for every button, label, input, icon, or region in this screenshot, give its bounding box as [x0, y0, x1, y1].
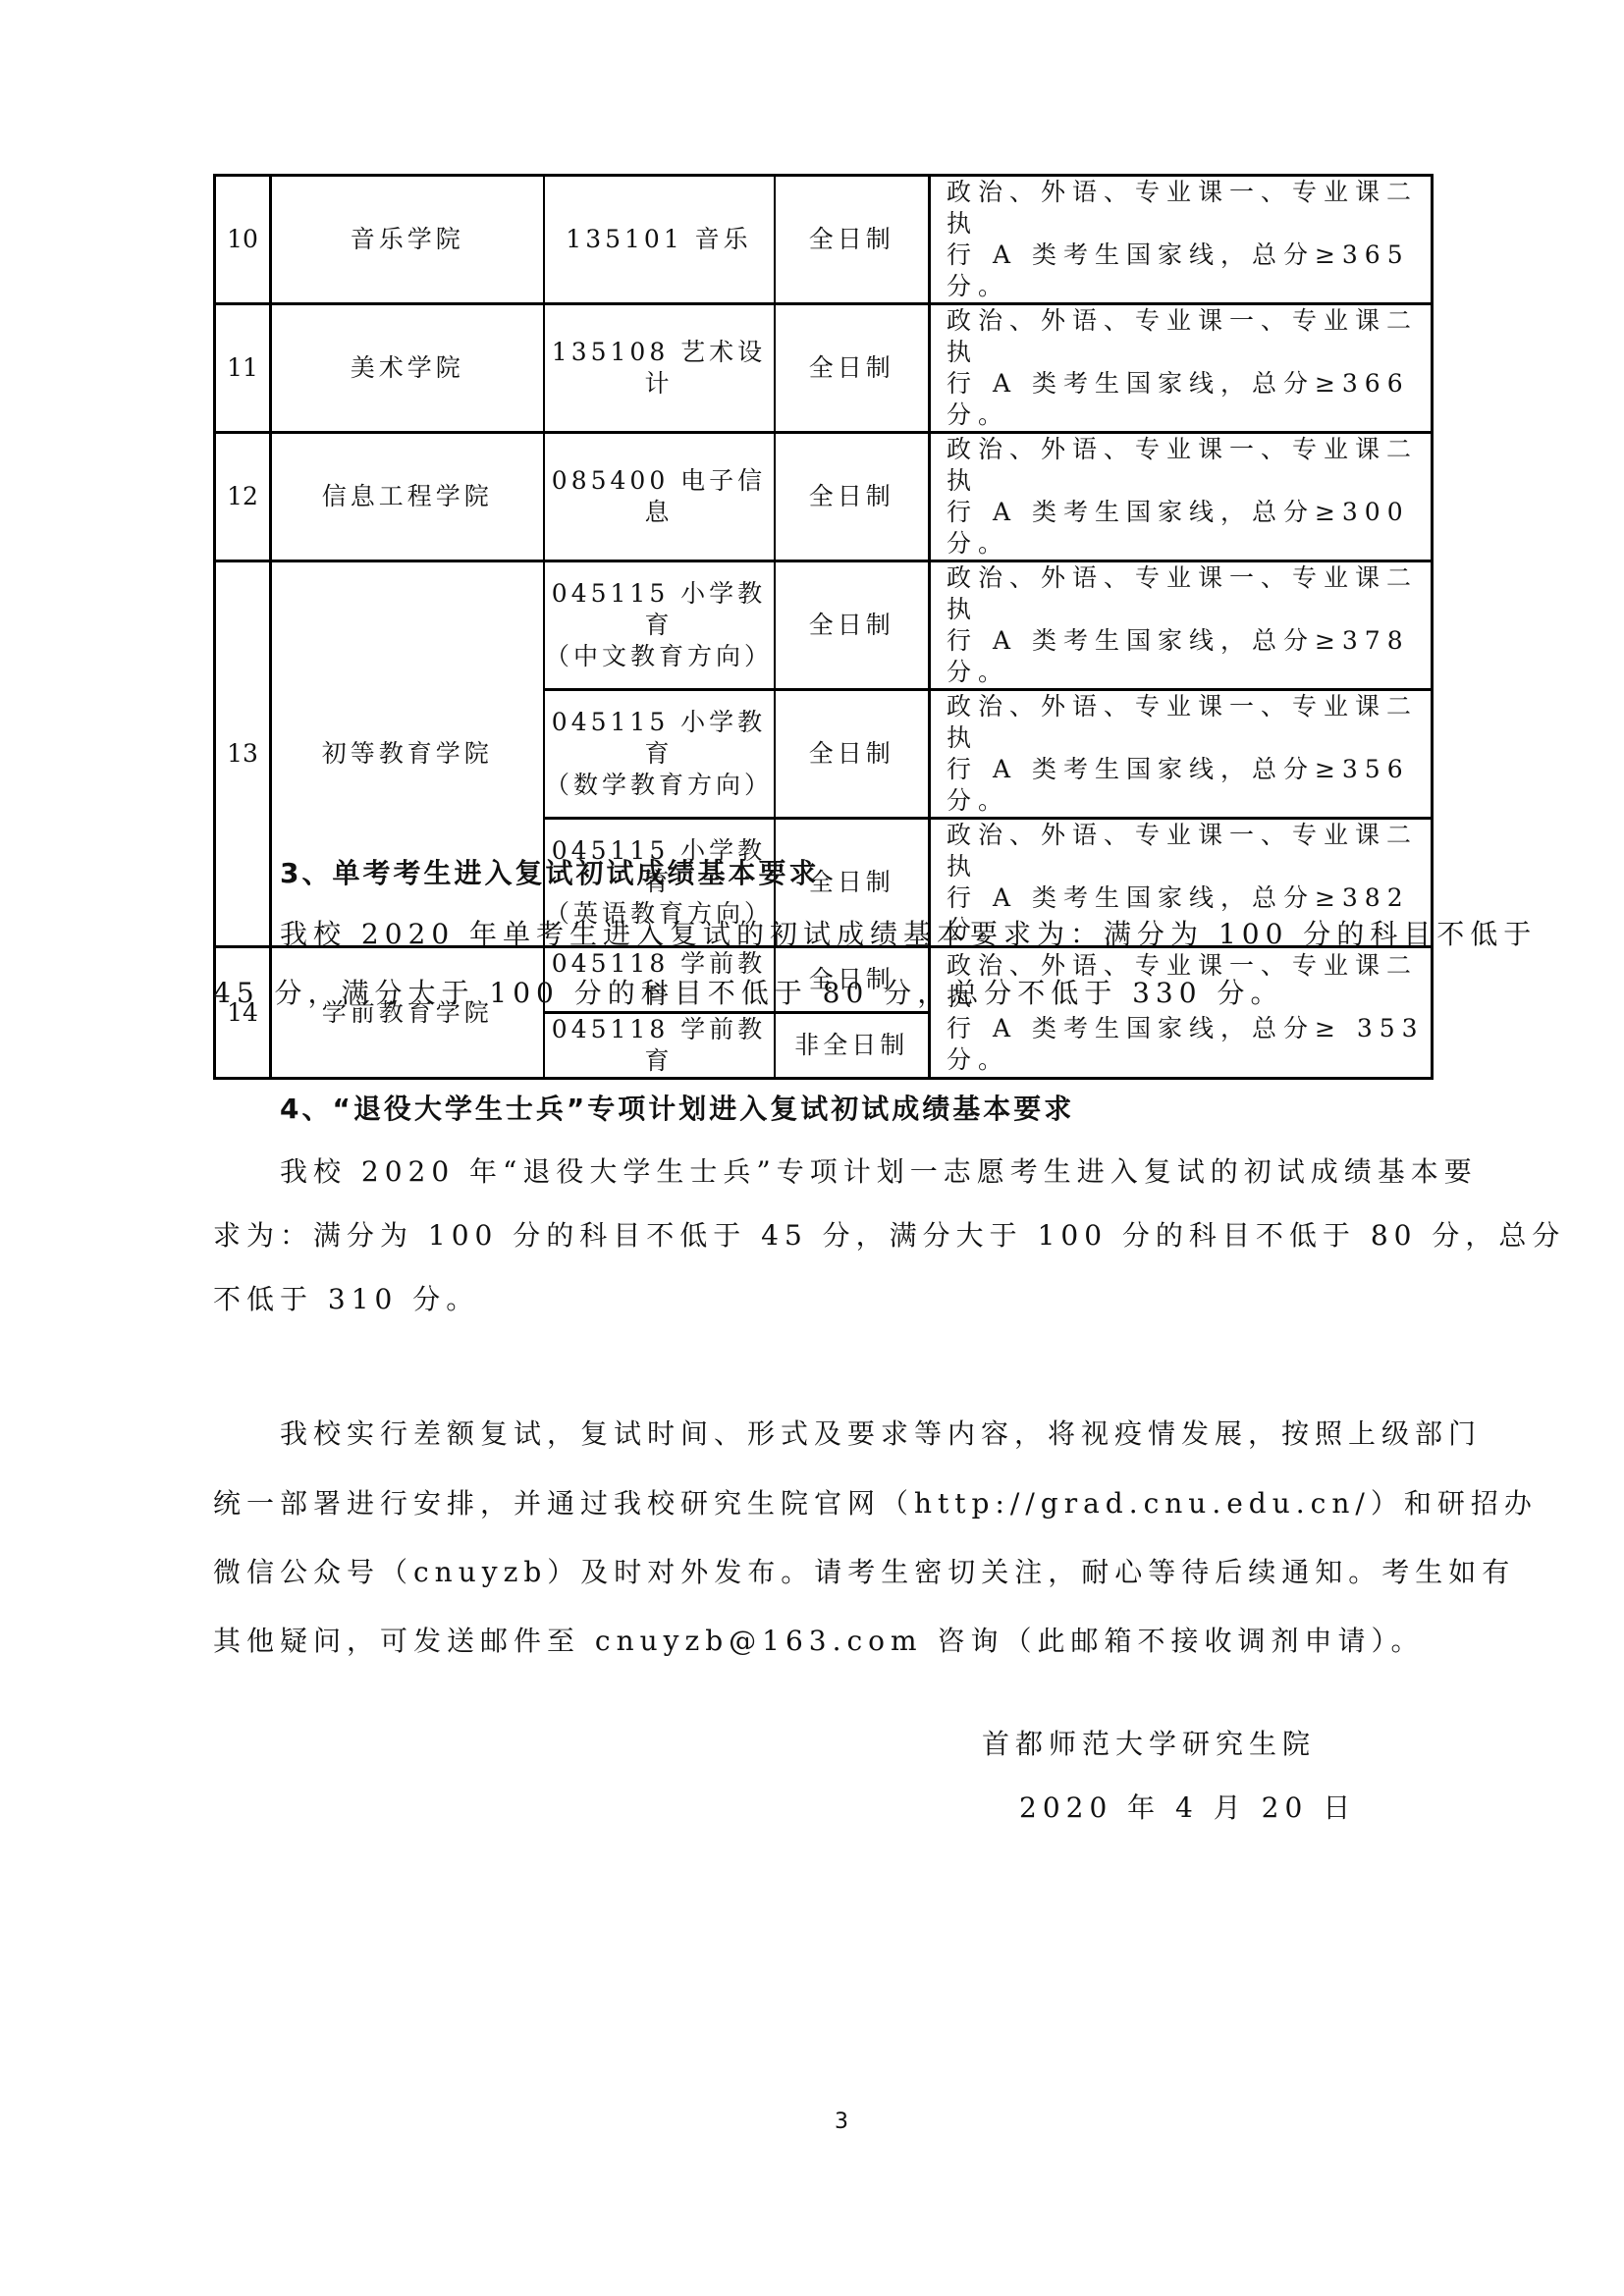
requirement-line: 行 A 类考生国家线，总分≥366 分。 — [947, 368, 1431, 431]
table-row: 13 初等教育学院 045115 小学教育（中文教育方向） 全日制 政治、外语、… — [215, 561, 1433, 690]
requirement-line: 政治、外语、专业课一、专业课二执 — [947, 177, 1431, 240]
signature-date: 2020 年 4 月 20 日 — [1019, 1787, 1356, 1826]
table-row: 12 信息工程学院 085400 电子信息 全日制 政治、外语、专业课一、专业课… — [215, 433, 1433, 561]
requirement-line: 政治、外语、专业课一、专业课二执 — [947, 305, 1431, 368]
major-code: 045115 小学教育 — [545, 707, 774, 770]
requirement-line: 政治、外语、专业课一、专业课二执 — [947, 820, 1431, 882]
major-name: 085400 电子信息 — [544, 433, 775, 561]
section-4-line: 求为：满分为 100 分的科目不低于 45 分，满分大于 100 分的科目不低于… — [213, 1214, 1565, 1254]
section-4-line: 不低于 310 分。 — [213, 1278, 479, 1317]
notice-line: 我校实行差额复试，复试时间、形式及要求等内容，将视疫情发展，按照上级部门 — [280, 1413, 1482, 1452]
score-requirement: 政治、外语、专业课一、专业课二执行 A 类考生国家线，总分≥366 分。 — [930, 304, 1433, 433]
requirement-line: 行 A 类考生国家线，总分≥365 分。 — [947, 240, 1431, 302]
major-name: 045118 学前教育 — [544, 1013, 775, 1079]
row-number: 12 — [215, 433, 271, 561]
table-row: 10 音乐学院 135101 音乐 全日制 政治、外语、专业课一、专业课二执行 … — [215, 176, 1433, 304]
study-mode: 非全日制 — [775, 1013, 930, 1079]
requirement-line: 行 A 类考生国家线，总分≥356 分。 — [947, 754, 1431, 817]
major-name: 135108 艺术设计 — [544, 304, 775, 433]
requirement-line: 行 A 类考生国家线，总分≥378 分。 — [947, 625, 1431, 688]
major-direction: （中文教育方向） — [545, 641, 774, 672]
study-mode: 全日制 — [775, 433, 930, 561]
major-name: 045115 小学教育（数学教育方向） — [544, 690, 775, 819]
study-mode: 全日制 — [775, 176, 930, 304]
notice-line: 统一部署进行安排，并通过我校研究生院官网（http://grad.cnu.edu… — [213, 1482, 1538, 1522]
college-name: 美术学院 — [271, 304, 544, 433]
section-4-heading: 4、“退役大学生士兵”专项计划进入复试初试成绩基本要求 — [280, 1088, 1074, 1127]
study-mode: 全日制 — [775, 561, 930, 690]
row-number: 11 — [215, 304, 271, 433]
section-3-line: 我校 2020 年单考生进入复试的初试成绩基本要求为：满分为 100 分的科目不… — [280, 913, 1537, 952]
section-4-line: 我校 2020 年“退役大学生士兵”专项计划一志愿考生进入复试的初试成绩基本要 — [280, 1150, 1478, 1190]
row-number: 10 — [215, 176, 271, 304]
section-3-line: 45 分，满分大于 100 分的科目不低于 80 分，总分不低于 330 分。 — [213, 972, 1283, 1011]
requirement-line: 行 A 类考生国家线，总分≥ 353 分。 — [947, 1013, 1431, 1076]
major-direction: （数学教育方向） — [545, 770, 774, 801]
major-code: 045115 小学教育 — [545, 578, 774, 641]
study-mode: 全日制 — [775, 304, 930, 433]
major-name: 135101 音乐 — [544, 176, 775, 304]
requirement-line: 政治、外语、专业课一、专业课二执 — [947, 691, 1431, 754]
score-requirement: 政治、外语、专业课一、专业课二执行 A 类考生国家线，总分≥300 分。 — [930, 433, 1433, 561]
page-number: 3 — [835, 2109, 848, 2134]
college-name: 信息工程学院 — [271, 433, 544, 561]
requirement-line: 政治、外语、专业课一、专业课二执 — [947, 562, 1431, 625]
signature-org: 首都师范大学研究生院 — [982, 1723, 1316, 1762]
major-name: 045115 小学教育（中文教育方向） — [544, 561, 775, 690]
college-name: 音乐学院 — [271, 176, 544, 304]
requirement-line: 行 A 类考生国家线，总分≥300 分。 — [947, 497, 1431, 560]
score-requirement: 政治、外语、专业课一、专业课二执行 A 类考生国家线，总分≥378 分。 — [930, 561, 1433, 690]
requirement-line: 政治、外语、专业课一、专业课二执 — [947, 434, 1431, 497]
notice-line: 其他疑问，可发送邮件至 cnuyzb@163.com 咨询（此邮箱不接收调剂申请… — [213, 1620, 1424, 1659]
score-requirement: 政治、外语、专业课一、专业课二执行 A 类考生国家线，总分≥ 353 分。 — [930, 947, 1433, 1079]
score-requirement: 政治、外语、专业课一、专业课二执行 A 类考生国家线，总分≥356 分。 — [930, 690, 1433, 819]
score-requirement: 政治、外语、专业课一、专业课二执行 A 类考生国家线，总分≥365 分。 — [930, 176, 1433, 304]
section-3-heading: 3、单考考生进入复试初试成绩基本要求 — [280, 852, 820, 891]
college-name: 学前教育学院 — [271, 947, 544, 1079]
study-mode: 全日制 — [775, 690, 930, 819]
table-row: 11 美术学院 135108 艺术设计 全日制 政治、外语、专业课一、专业课二执… — [215, 304, 1433, 433]
row-number: 13 — [215, 561, 271, 947]
notice-line: 微信公众号（cnuyzb）及时对外发布。请考生密切关注，耐心等待后续通知。考生如… — [213, 1551, 1515, 1590]
row-number: 14 — [215, 947, 271, 1079]
